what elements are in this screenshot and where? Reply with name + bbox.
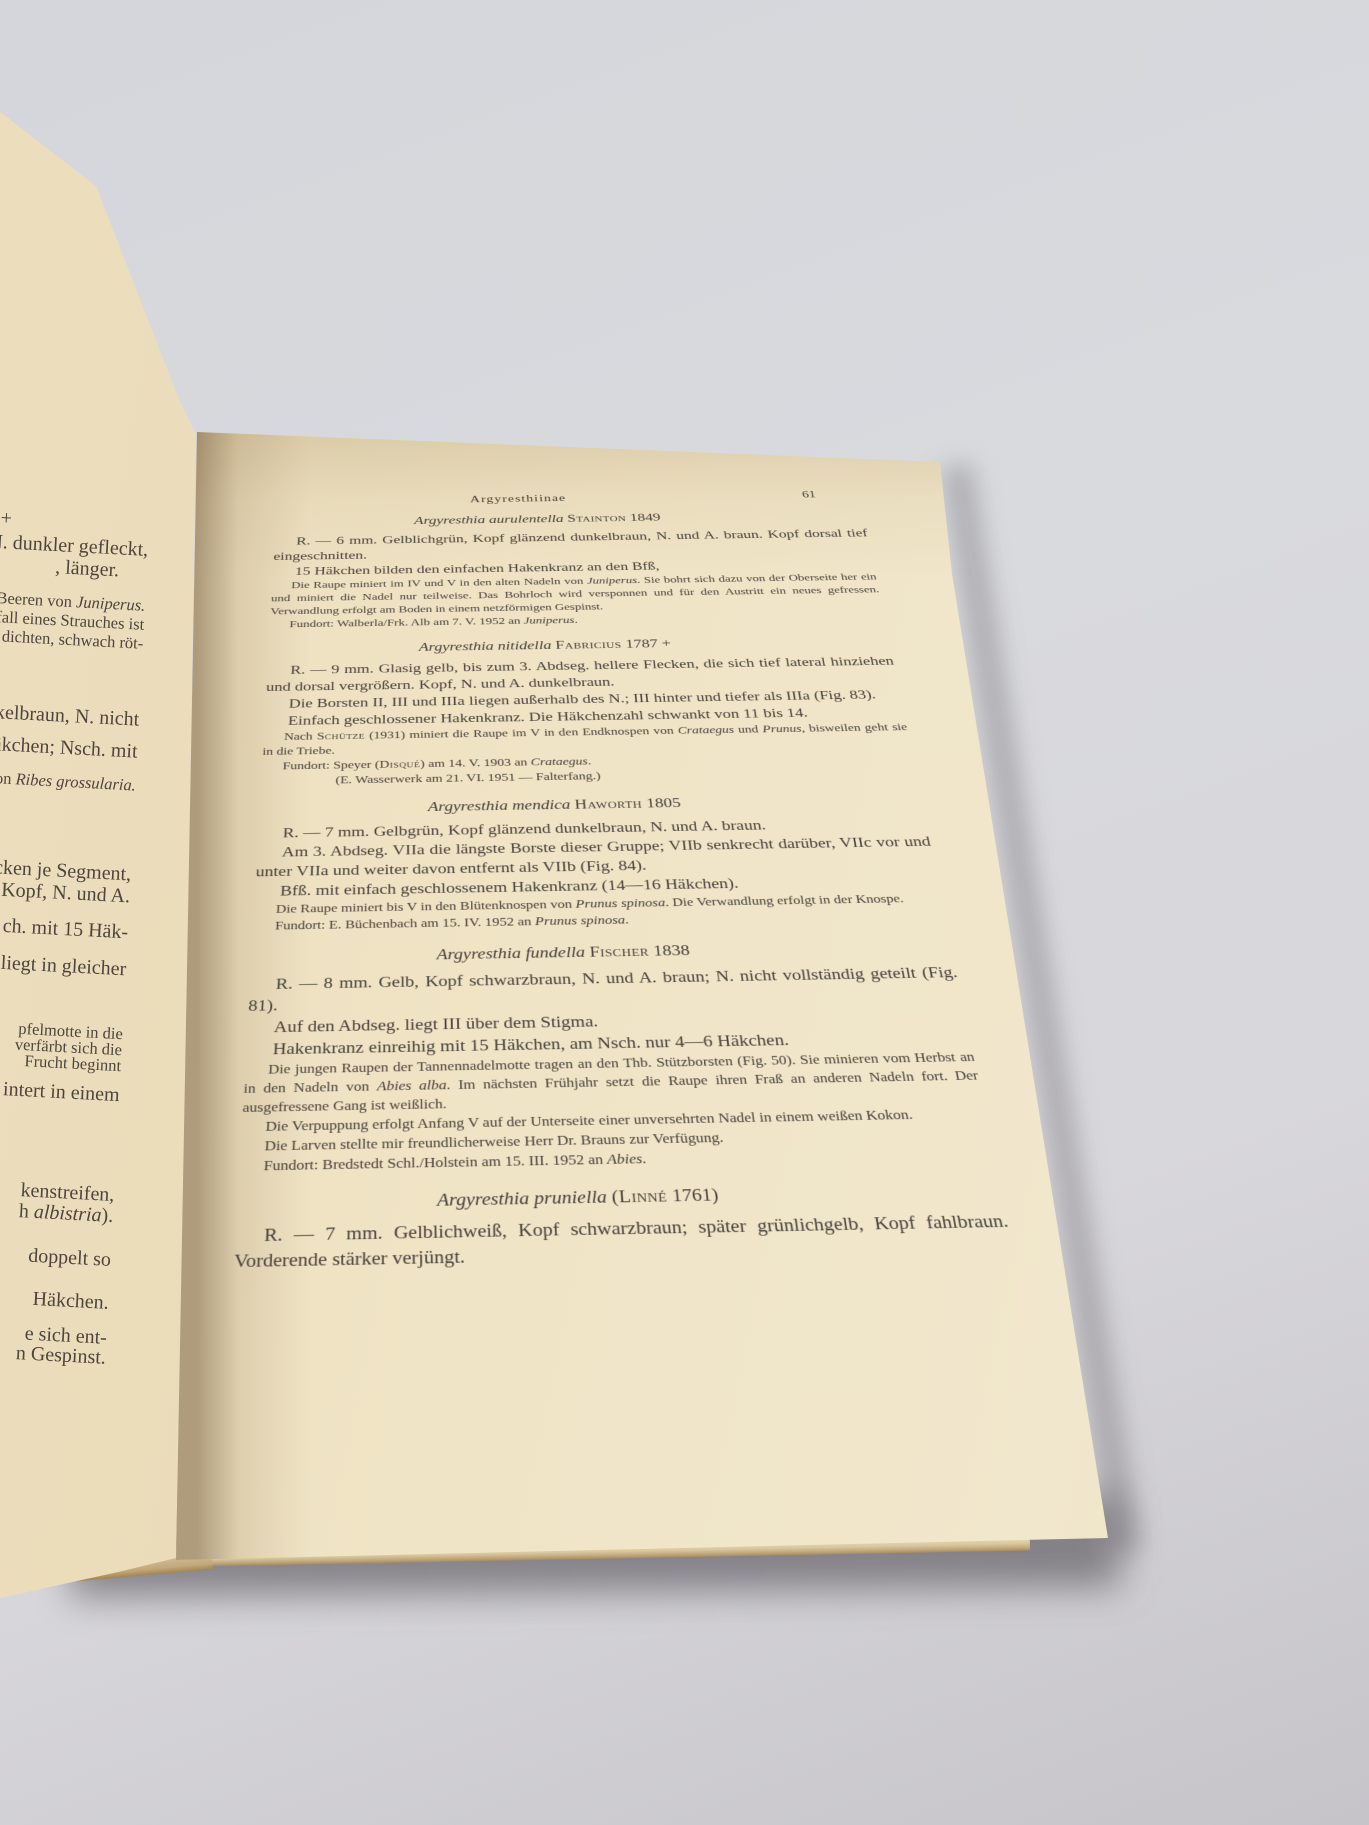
text-run: Nach (284, 730, 317, 742)
taxon-name: Ribes grossularia. (15, 769, 136, 794)
species-name: Argyresthia nitidella (419, 638, 552, 653)
species-section: Argyresthia fundella Fischer 1838R. — 8 … (239, 936, 996, 1177)
paragraph: R. — 7 mm. Gelblichweiß, Kopf schwarzbra… (233, 1209, 1015, 1275)
text-run: . (642, 1151, 647, 1167)
text-run: ch. mit 15 Häk- (2, 915, 129, 944)
author-name: Disqué (379, 758, 420, 770)
author-name: (Linné (611, 1185, 668, 1206)
species-heading: Argyresthia fundella Fischer 1838 (250, 937, 875, 968)
species-name: Argyresthia pruniella (437, 1186, 608, 1210)
text-run: Fundort: Bredstedt Schl./Holstein am 15.… (263, 1151, 607, 1173)
text-run: doppelt so (28, 1245, 112, 1271)
year: 1787 + (625, 636, 672, 650)
species-heading: Argyresthia mendica Haworth 1805 (259, 791, 850, 819)
text-run: h (18, 1200, 34, 1223)
species-section: Argyresthia mendica Haworth 1805R. — 7 m… (252, 790, 947, 935)
taxon-name: Prunus spinosa (535, 913, 626, 928)
text-run: nkelbraun, N. nicht (0, 701, 140, 731)
text-run: , länger. (55, 556, 120, 581)
year: 1761) (671, 1184, 719, 1205)
left-page-fragment: h albistria). (18, 1200, 114, 1228)
taxon-name: Crataegus (677, 724, 735, 736)
species-name: Argyresthia aurulentella (414, 512, 564, 526)
author-name: Fabricius (555, 637, 622, 651)
taxon-name: Abies (606, 1151, 642, 1167)
left-page-fragment: n Gespinst. (15, 1342, 106, 1370)
text-run: n Gespinst. (15, 1342, 106, 1369)
year: 1849 (629, 511, 661, 523)
taxon-name: Juniperus (587, 575, 638, 586)
text-run: liegt in gleicher (0, 952, 126, 981)
book-photo: +un; N. dunkler gefleckt,, länger.en Bee… (0, 0, 1369, 1825)
text-run: . (625, 913, 630, 926)
text-run: ) am 14. V. 1903 an (420, 756, 531, 769)
left-page-fragment: liegt in gleicher (0, 952, 127, 982)
author-name: Schütze (317, 730, 365, 742)
species-section: Argyresthia aurulentella Stainton 1849R.… (269, 507, 885, 631)
species-section: Argyresthia pruniella (Linné 1761)R. — 7… (233, 1177, 1015, 1274)
text-run: Häkchen. (32, 1288, 109, 1314)
taxon-name: Prunus spinosa (575, 896, 666, 911)
left-page-fragment: , länger. (55, 556, 120, 582)
text-run: . Die Verwandlung erfolgt in der Knospe. (664, 892, 904, 909)
text-run: intert in einem (3, 1078, 121, 1106)
text-run: Die Raupe miniert im IV und V in den alt… (291, 576, 587, 590)
text-run: Fundort: Speyer ( (282, 759, 379, 772)
species-name: Argyresthia mendica (428, 797, 571, 815)
text-run: . (587, 755, 591, 767)
left-page-fragment: doppelt so (28, 1245, 112, 1272)
taxon-name: Abies alba (377, 1077, 447, 1093)
taxon-name: Crataegus (530, 755, 588, 768)
left-page-fragment: intert in einem (2, 1078, 120, 1107)
species-section: Argyresthia nitidella Fabricius 1787 +R.… (260, 632, 917, 789)
text-run: (E. Wasserwerk am 21. VI. 1951 — Falterf… (335, 770, 601, 786)
page-number: 61 (801, 487, 817, 501)
author-name: Stainton (567, 511, 627, 524)
author-name: Haworth (574, 795, 643, 811)
text-run: . (574, 615, 578, 625)
text-run: R. — 7 mm. Gelblichweiß, Kopf schwarzbra… (233, 1210, 1009, 1271)
text-run: und (733, 723, 763, 735)
left-page-fragment: Frucht beginnt (24, 1051, 122, 1076)
left-page-fragment: Häkchen; Nsch. mit (0, 732, 138, 763)
left-page-fragment: ch. mit 15 Häk- (2, 915, 129, 945)
species-heading: Argyresthia pruniella (Linné 1761) (237, 1179, 919, 1216)
left-page-fragment: Häkchen. (32, 1288, 109, 1315)
text-run: von (0, 768, 16, 788)
text-run: Häkchen; Nsch. mit (0, 732, 138, 762)
left-page-fragment: von Ribes grossularia. (0, 768, 136, 796)
text-run: ). (101, 1204, 114, 1227)
text-run: Fundort: E. Büchenbach am 15. IV. 1952 a… (275, 915, 536, 933)
left-page-fragment: + (0, 507, 12, 531)
author-name: Fischer (589, 942, 650, 960)
taxon-name: albistria (33, 1201, 102, 1227)
taxon-name: Prunus (762, 723, 803, 735)
text-run: + (0, 507, 12, 530)
year: 1838 (653, 941, 691, 959)
year: 1805 (646, 795, 682, 811)
species-name: Argyresthia fundella (436, 943, 585, 963)
text-run: Fundort: Walberla/Frk. Alb am 7. V. 1952… (289, 615, 524, 629)
text-run: Frucht beginnt (24, 1051, 122, 1075)
left-page-fragment: nkelbraun, N. nicht (0, 701, 140, 732)
taxon-name: Juniperus (523, 615, 575, 626)
text-run: (1931) miniert die Raupe im V in den End… (365, 725, 678, 741)
